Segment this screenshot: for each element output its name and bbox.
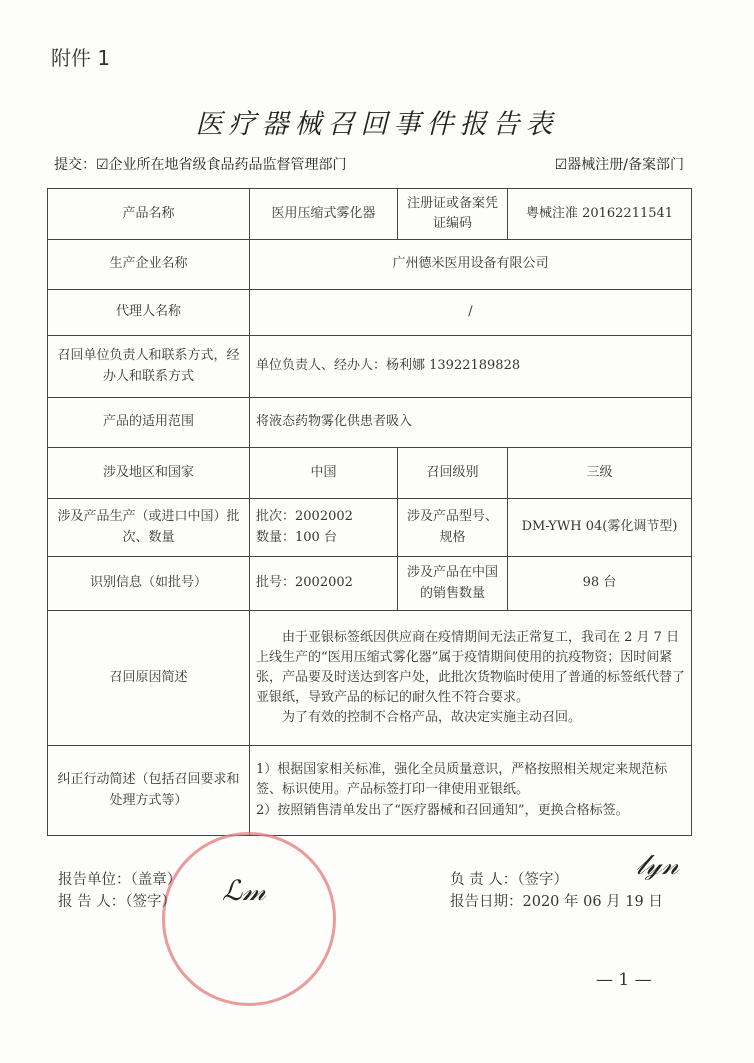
value-agent: / — [250, 290, 692, 336]
recall-decision-paragraph: 为了有效的控制不合格产品，故决定实施主动召回。 — [256, 708, 685, 728]
value-registration-code: 粤械注准 20162211541 — [508, 189, 692, 240]
table-row: 涉及产品生产（或进口中国）批次、数量 批次：2002002 数量：100 台 涉… — [48, 499, 692, 557]
value-quantity: 数量：100 台 — [256, 528, 391, 548]
value-product-name: 医用压缩式雾化器 — [250, 189, 398, 240]
value-batch: 批次：2002002 — [256, 507, 391, 527]
submit-option-provincial: ☑企业所在地省级食品药品监督管理部门 — [96, 157, 347, 173]
label-manufacturer: 生产企业名称 — [48, 240, 250, 290]
report-date: 报告日期：2020 年 06 月 19 日 — [450, 890, 663, 911]
table-row: 涉及地区和国家 中国 召回级别 三级 — [48, 448, 692, 499]
submit-line: 提交：☑企业所在地省级食品药品监督管理部门 — [54, 154, 347, 174]
attachment-label: 附件 1 — [51, 42, 110, 71]
recall-report-table: 产品名称 医用压缩式雾化器 注册证或备案凭证编码 粤械注准 2016221154… — [47, 188, 692, 836]
submit-prefix: 提交： — [54, 157, 96, 173]
reporter-signature: ℒ𝓂 — [222, 874, 266, 908]
table-row: 代理人名称 / — [48, 290, 692, 336]
reporter-label: 报 告 人：（签字） — [58, 890, 176, 911]
table-row: 产品名称 医用压缩式雾化器 注册证或备案凭证编码 粤械注准 2016221154… — [48, 189, 692, 240]
value-recall-reason: 由于亚银标签纸因供应商在疫情期间无法正常复工，我司在 2 月 7 日上线生产的“… — [250, 611, 692, 746]
corrective-item-1: 1）根据国家相关标准，强化全员质量意识，严格按照相关规定来规范标签、标识使用。产… — [256, 760, 685, 800]
corrective-item-2: 2）按照销售清单发出了“医疗器械和召回通知”，更换合格标签。 — [256, 801, 685, 821]
label-corrective-action: 纠正行动简述（包括召回要求和处理方式等） — [48, 746, 250, 836]
label-product-name: 产品名称 — [48, 189, 250, 240]
label-contact: 召回单位负责人和联系方式，经办人和联系方式 — [48, 336, 250, 398]
label-region: 涉及地区和国家 — [48, 448, 250, 499]
recall-reason-paragraph: 由于亚银标签纸因供应商在疫情期间无法正常复工，我司在 2 月 7 日上线生产的“… — [256, 628, 685, 709]
table-row: 产品的适用范围 将液态药物雾化供患者吸入 — [48, 398, 692, 448]
label-recall-reason: 召回原因简述 — [48, 611, 250, 746]
document-title: 医疗器械召回事件报告表 — [0, 102, 754, 141]
value-model: DM-YWH 04(雾化调节型) — [508, 499, 692, 557]
page-number: — 1 — — [596, 970, 652, 990]
value-region: 中国 — [250, 448, 398, 499]
value-sales-quantity: 98 台 — [508, 557, 692, 611]
label-identification: 识别信息（如批号） — [48, 557, 250, 611]
value-recall-level: 三级 — [508, 448, 692, 499]
responsible-signature: 𝓁𝓎𝓃 — [636, 848, 679, 882]
value-identification: 批号：2002002 — [250, 557, 398, 611]
label-recall-level: 召回级别 — [398, 448, 508, 499]
value-contact: 单位负责人、经办人：杨利娜 13922189828 — [250, 336, 692, 398]
table-row: 召回原因简述 由于亚银标签纸因供应商在疫情期间无法正常复工，我司在 2 月 7 … — [48, 611, 692, 746]
label-model: 涉及产品型号、规格 — [398, 499, 508, 557]
label-sales-quantity: 涉及产品在中国的销售数量 — [398, 557, 508, 611]
value-scope: 将液态药物雾化供患者吸入 — [250, 398, 692, 448]
label-registration-code: 注册证或备案凭证编码 — [398, 189, 508, 240]
value-manufacturer: 广州德米医用设备有限公司 — [250, 240, 692, 290]
value-corrective-action: 1）根据国家相关标准，强化全员质量意识，严格按照相关规定来规范标签、标识使用。产… — [250, 746, 692, 836]
label-scope: 产品的适用范围 — [48, 398, 250, 448]
report-unit-label: 报告单位：（盖章） — [58, 868, 181, 889]
company-seal-stamp — [162, 832, 336, 1006]
label-agent: 代理人名称 — [48, 290, 250, 336]
table-row: 识别信息（如批号） 批号：2002002 涉及产品在中国的销售数量 98 台 — [48, 557, 692, 611]
table-row: 召回单位负责人和联系方式，经办人和联系方式 单位负责人、经办人：杨利娜 1392… — [48, 336, 692, 398]
responsible-person-label: 负 责 人：（签字） — [450, 868, 568, 889]
label-batch-quantity: 涉及产品生产（或进口中国）批次、数量 — [48, 499, 250, 557]
submit-option-registration: ☑器械注册/备案部门 — [555, 154, 684, 174]
table-row: 生产企业名称 广州德米医用设备有限公司 — [48, 240, 692, 290]
table-row: 纠正行动简述（包括召回要求和处理方式等） 1）根据国家相关标准，强化全员质量意识… — [48, 746, 692, 836]
value-batch-quantity: 批次：2002002 数量：100 台 — [250, 499, 398, 557]
